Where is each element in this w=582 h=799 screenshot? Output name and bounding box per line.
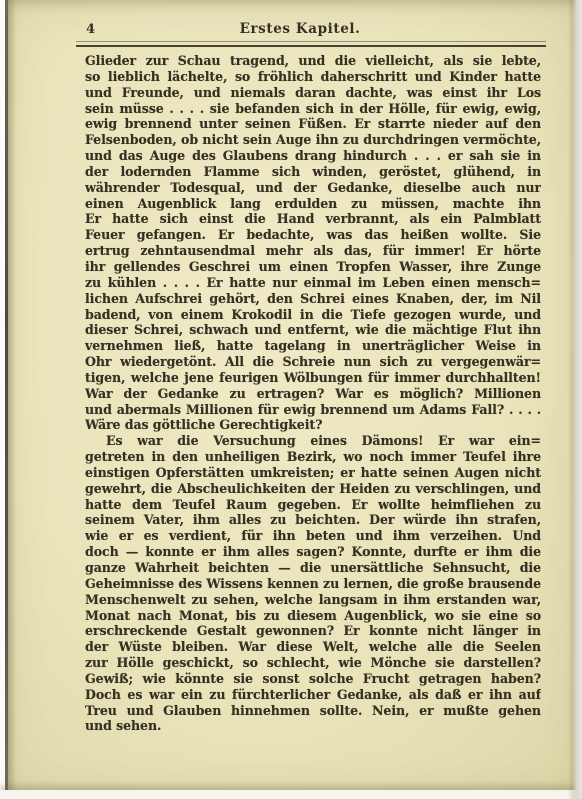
- text-line: erschreckende Gestalt gewonnen? Er konnt…: [85, 623, 541, 639]
- text-line: getreten in den unheiligen Bezirk, wo no…: [85, 449, 541, 465]
- text-line: und sehen.: [85, 718, 541, 734]
- text-line: seinem Vater, ihm alles zu beichten. Der…: [85, 512, 541, 528]
- text-line: sein müsse . . . . sie befanden sich in …: [85, 101, 541, 117]
- text-line: wie er es verdient, für ihn beten und ih…: [85, 528, 541, 544]
- text-line: Feuer gefangen. Er bedachte, was das hei…: [85, 227, 541, 243]
- chapter-header: Erstes Kapitel.: [72, 21, 528, 37]
- text-line: der lodernden Flamme sich winden, geröst…: [85, 164, 541, 180]
- text-line: Treu und Glauben hinnehmen sollte. Nein,…: [85, 703, 541, 719]
- page-bottom-edge: [0, 790, 582, 799]
- text-line: Geheimnisse des Wissens kennen zu lernen…: [85, 576, 541, 592]
- text-line: Doch es war ein zu fürchterlicher Gedank…: [85, 687, 541, 703]
- text-line: ewig brennend unter seinen Füßen. Er sta…: [85, 116, 541, 132]
- text-line: dieser Schrei, schwach und entfernt, wie…: [85, 322, 541, 338]
- text-line: Es war die Versuchung eines Dämons! Er w…: [85, 433, 541, 449]
- text-line: Er hatte sich einst die Hand verbrannt, …: [85, 211, 541, 227]
- page-gutter-fade: [8, 0, 16, 799]
- header-rule: [76, 41, 546, 47]
- text-line: tigen, welche jene feurigen Wölbungen fü…: [85, 370, 541, 386]
- text-line: Monat nach Monat, bis zu diesem Augenbli…: [85, 608, 541, 624]
- text-line: ertrug zehntausendmal mehr als das, für …: [85, 243, 541, 259]
- running-header: 4 Erstes Kapitel.: [85, 21, 541, 38]
- text-line: und Freunde, und niemals daran dachte, w…: [85, 85, 541, 101]
- scanned-book-page: 4 Erstes Kapitel. Glieder zur Schau trag…: [0, 0, 582, 799]
- text-line: Felsenboden, ob nicht sein Auge ihn zu d…: [85, 132, 541, 148]
- text-line: doch — konnte er ihm alles sagen? Konnte…: [85, 544, 541, 560]
- text-line: der Wüste bleiben. War diese Welt, welch…: [85, 639, 541, 655]
- text-block: Glieder zur Schau tragend, und die viell…: [85, 53, 541, 734]
- text-line: einen Augenblick lang erdulden zu müssen…: [85, 196, 541, 212]
- page-content: 4 Erstes Kapitel. Glieder zur Schau trag…: [85, 21, 541, 734]
- text-line: hatte dem Teufel Raum gegeben. Er wollte…: [85, 497, 541, 513]
- text-line: gewehrt, die Abscheulichkeiten der Heide…: [85, 481, 541, 497]
- text-line: zu kühlen . . . . Er hatte nur einmal im…: [85, 275, 541, 291]
- text-line: ganze Wahrheit beichten — die unersättli…: [85, 560, 541, 576]
- text-line: und abermals Millionen für ewig brennend…: [85, 402, 541, 418]
- text-line: einstigen Opferstätten umkreisten; er ha…: [85, 465, 541, 481]
- text-line: Gewiß; wie könnte sie sonst solche Fruch…: [85, 671, 541, 687]
- text-line: ihr gellendes Geschrei um einen Tropfen …: [85, 259, 541, 275]
- text-line: so lieblich lächelte, so fröhlich dahers…: [85, 69, 541, 85]
- text-line: Wäre das göttliche Gerechtigkeit?: [85, 417, 541, 433]
- text-line: zur Hölle geschickt, so schlecht, wie Mö…: [85, 655, 541, 671]
- text-line: lichen Aufschrei gehört, den Schrei eine…: [85, 291, 541, 307]
- text-line: Ohr wiedergetönt. All die Schreie nun si…: [85, 354, 541, 370]
- page-right-edge: [568, 0, 582, 799]
- text-line: Glieder zur Schau tragend, und die viell…: [85, 53, 541, 69]
- text-line: vernehmen ließ, hatte tagelang in unertr…: [85, 338, 541, 354]
- text-line: badend, von einem Krokodil in die Tiefe …: [85, 307, 541, 323]
- text-line: War der Gedanke zu ertragen? War es mögl…: [85, 386, 541, 402]
- text-line: und das Auge des Glaubens drang hindurch…: [85, 148, 541, 164]
- text-line: währender Todesqual, und der Gedanke, di…: [85, 180, 541, 196]
- text-line: Menschenwelt zu sehen, welche langsam in…: [85, 592, 541, 608]
